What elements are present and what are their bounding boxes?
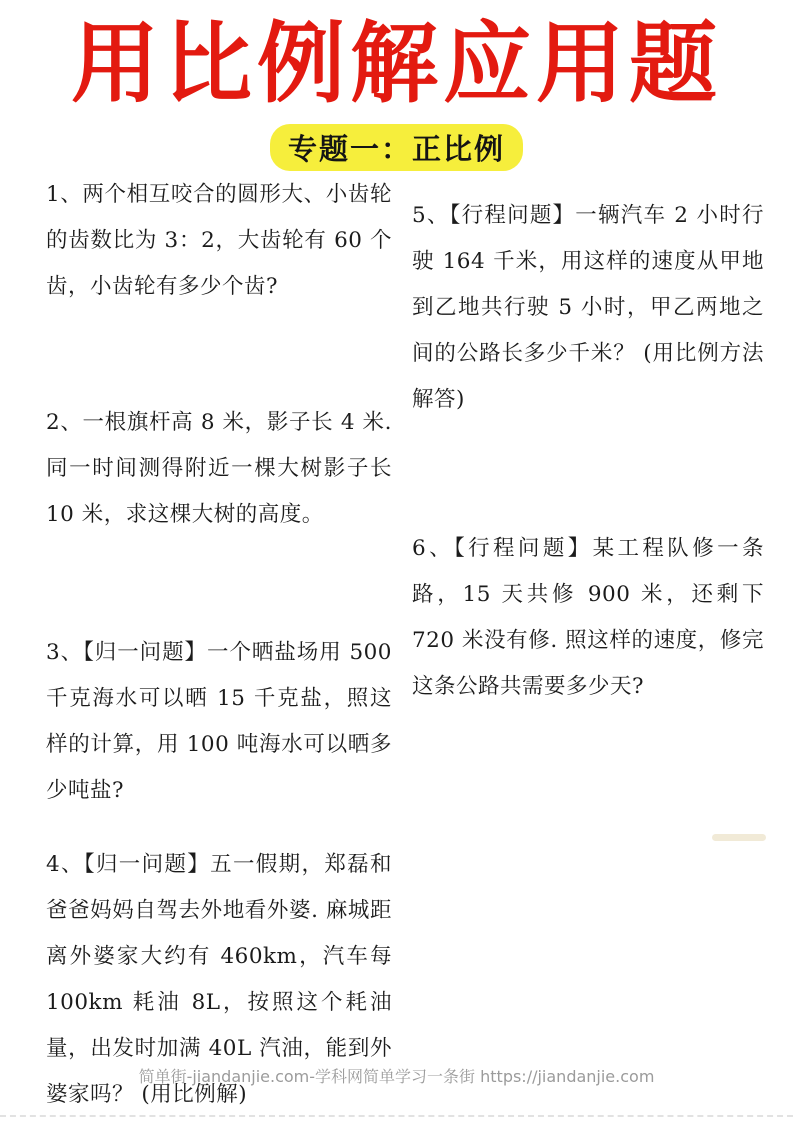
problem-2: 2、一根旗杆高 8 米，影子长 4 米. 同一时间测得附近一棵大树影子长 10 …: [46, 400, 392, 538]
problem-3: 3、【归一问题】一个晒盐场用 500 千克海水可以晒 15 千克盐，照这样的计算…: [46, 630, 392, 814]
faint-highlight-mark: [712, 834, 766, 841]
worksheet-page: 用比例解应用题 专题一：正比例 1、两个相互咬合的圆形大、小齿轮的齿数比为 3：…: [0, 0, 793, 1122]
bottom-dashed-divider: [0, 1115, 793, 1117]
section-subtitle: 专题一：正比例: [270, 124, 523, 171]
subtitle-row: 专题一：正比例: [0, 124, 793, 171]
problem-6: 6、【行程问题】某工程队修一条路，15 天共修 900 米，还剩下 720 米没…: [412, 526, 764, 710]
problem-5: 5、【行程问题】一辆汽车 2 小时行驶 164 千米，用这样的速度从甲地到乙地共…: [412, 193, 764, 423]
problem-1: 1、两个相互咬合的圆形大、小齿轮的齿数比为 3：2，大齿轮有 60 个齿，小齿轮…: [46, 172, 392, 310]
page-title: 用比例解应用题: [0, 8, 793, 118]
footer-watermark: 简单街-jiandanjie.com-学科网简单学习一条街 https://ji…: [0, 1066, 793, 1088]
